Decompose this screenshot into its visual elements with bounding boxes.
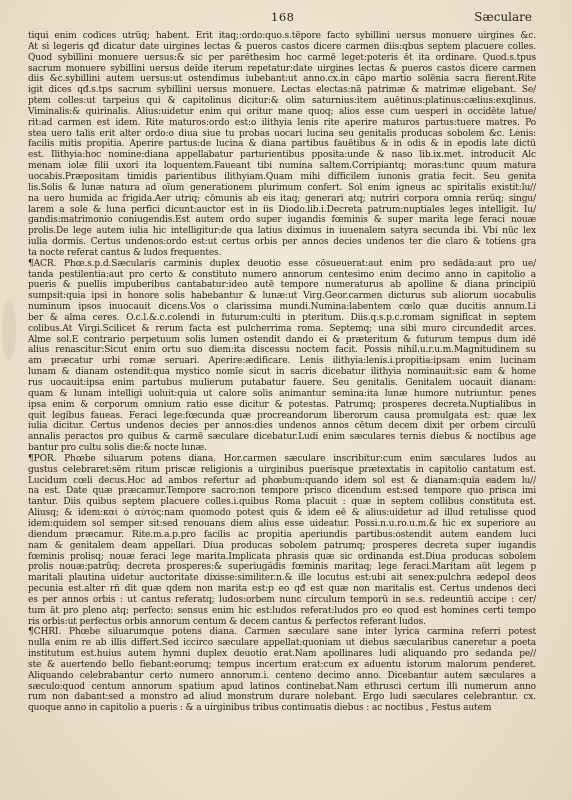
text-line: ¶ACR. Phœ.s.p.d.Sæcularis carminis duple… bbox=[28, 259, 536, 270]
text-line: Aliquando celebrabantur certo numero ann… bbox=[28, 671, 536, 682]
paper-stain bbox=[2, 300, 16, 360]
text-line: nulla enim re ab illis differt.Sed iccir… bbox=[28, 638, 536, 649]
text-line: alius renascitur:Sicut enim ortu suo die… bbox=[28, 345, 536, 356]
text-line: At si legeris qđ dicatur date uirgines l… bbox=[28, 42, 536, 53]
text-line: pecunia est.alter rñ dit quæ qdem non ma… bbox=[28, 584, 536, 595]
text-line: rus uocauit:ipsa enim partubus mulierum … bbox=[28, 378, 536, 389]
text-line: larem a sole & luna perfici dicunt:aucto… bbox=[28, 205, 536, 216]
text-line: menam iolæ filii uxori ita loquentem.Fau… bbox=[28, 161, 536, 172]
text-line: quoque anno in capitolio a pueris : & a … bbox=[28, 703, 536, 714]
text-line: ¶POR. Phœbe siluarum potens diana. Hor.c… bbox=[28, 454, 536, 465]
text-line: idem:quidem sol semper sit:sed renouans … bbox=[28, 519, 536, 530]
text-line: rit:ad carmen est idem. Rite maturos:ord… bbox=[28, 118, 536, 129]
text-line: es per annos orbis : ut cantus referatq;… bbox=[28, 595, 536, 606]
text-line: rum non dabant:sed a monstro ad aliud mo… bbox=[28, 692, 536, 703]
text-line: ¶CHRI. Phœbe siluarumque potens diana. C… bbox=[28, 627, 536, 638]
text-line: Quod sybillini monuere uersus:& sic per … bbox=[28, 53, 536, 64]
text-line: Alme sol.E contrario perpetuum solis lum… bbox=[28, 335, 536, 346]
text-line: uocabis.Præpositam timidis parientibus i… bbox=[28, 172, 536, 183]
text-line: lis.Solis & lunæ natura ad oĩum generati… bbox=[28, 183, 536, 194]
text-line: lunam & dianam ostendit:qua mystico nomĩ… bbox=[28, 367, 536, 378]
text-line: Viminalis:& quirinalis. Alius:uidetur en… bbox=[28, 107, 536, 118]
text-line: est. Ilithyia:hoc nomine:diana appellaba… bbox=[28, 150, 536, 161]
text-line: tiqui enim codices utrũq; habent. Erit i… bbox=[28, 31, 536, 42]
text-line: annalis peractos pro quibus & carmẽ sæcu… bbox=[28, 432, 536, 443]
text-line: institutum est.huius autem hymni duplex … bbox=[28, 649, 536, 660]
text-line: ris orbis:ut perfectus orbis annorum cen… bbox=[28, 617, 536, 628]
text-line: quam & lunam intelligi uoluit:quia ut ca… bbox=[28, 389, 536, 400]
text-line: na est. Date quæ præcamur.Tempore sacro:… bbox=[28, 486, 536, 497]
text-line: iulia dicitur. Certus undenos decies per… bbox=[28, 421, 536, 432]
text-line: Aliusq; & idem:καὶ ὁ αὐτός:nam quomodo p… bbox=[28, 508, 536, 519]
page-number: 168 bbox=[271, 10, 294, 24]
text-line: diendum præcamur. Rite.m.a.p.pro facilis… bbox=[28, 530, 536, 541]
text-line: prolis nouæ:patrũq; decreta prosperes:& … bbox=[28, 562, 536, 573]
text-line: ipsa enim & corporum omnium ratio esse d… bbox=[28, 400, 536, 411]
text-line: sumpsit:quia ipsi in honore solis habeba… bbox=[28, 291, 536, 302]
text-line: pueris & puellis impuberibus cantabatur:… bbox=[28, 280, 536, 291]
text-line: colibus.At Virgi.Scilicet & rerum facta … bbox=[28, 324, 536, 335]
text-line: facilis mitis propitia. Aperire partus:d… bbox=[28, 139, 536, 150]
text-line: ta nocte referat cantus & ludos frequent… bbox=[28, 248, 536, 259]
text-line: diis &c.sybillini autem uersus:ut ostend… bbox=[28, 74, 536, 85]
text-line: tanda pestilentia:aut pro certo & consti… bbox=[28, 270, 536, 281]
text-line: bantur pro cultu solis die:& nocte lunæ. bbox=[28, 443, 536, 454]
text-line: ber & alma ceres. O.c.l.&.c.colendi in f… bbox=[28, 313, 536, 324]
text-line: stea uero talis erit alter ordo:o diua s… bbox=[28, 129, 536, 140]
text-line: tum ãt pro pleno atq; perfecto: sensus e… bbox=[28, 606, 536, 617]
text-line: gandis:matrimonio coniugendis.Est autem … bbox=[28, 215, 536, 226]
text-line: nam & genitalem deam appellari. Diua pro… bbox=[28, 541, 536, 552]
text-line: gustus celebraret:sẽm ritum priscæ relig… bbox=[28, 465, 536, 476]
text-line: am præcatur urbi romæ seruari. Aperire:æ… bbox=[28, 356, 536, 367]
text-line: numinum ipsos inuocauit dicens.Vos o cla… bbox=[28, 302, 536, 313]
text-line: sæculo:quod centum annorum spatium apud … bbox=[28, 682, 536, 693]
text-line: Lucidum cœli decus.Hoc ad ambos refertur… bbox=[28, 476, 536, 487]
text-line: sacrum monuere sybillini uersus deĩde it… bbox=[28, 64, 536, 75]
text-line: igit dices qđ.s.tps sacrum sybillini uer… bbox=[28, 85, 536, 96]
text-line: maritali plautina uidetur auctoritate di… bbox=[28, 573, 536, 584]
text-line: iulia dormis. Certus undenos:ordo est:ut… bbox=[28, 237, 536, 248]
text-line: tantur. Diis quibus septem placuere coll… bbox=[28, 497, 536, 508]
running-head: Sæculare bbox=[474, 10, 532, 24]
text-line: ptem colles:ut tarpeius qui & capitolinu… bbox=[28, 96, 536, 107]
text-line: na uero humida ac frigida.Aer utriq; cõm… bbox=[28, 194, 536, 205]
commentary-text: tiqui enim codices utrũq; habent. Erit i… bbox=[28, 31, 536, 714]
text-line: quit legibus faueas. Feraci lege:fœcunda… bbox=[28, 411, 536, 422]
text-line: ste & auertendo bello fiebant:eorumq; te… bbox=[28, 660, 536, 671]
book-page: 168 Sæculare tiqui enim codices utrũq; h… bbox=[28, 6, 536, 714]
text-line: fœminis prolisq; nouæ feraci lege marita… bbox=[28, 552, 536, 563]
text-line: prolis.De lege autem iulia hic intelligi… bbox=[28, 226, 536, 237]
page-header: 168 Sæculare bbox=[28, 6, 536, 28]
